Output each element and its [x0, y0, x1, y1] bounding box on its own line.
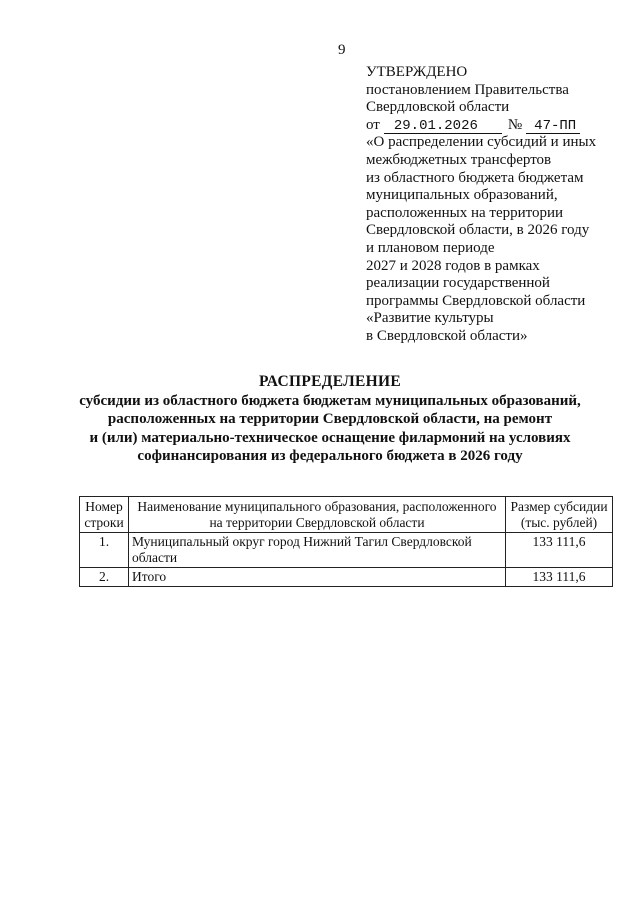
approval-line: «Развитие культуры [366, 310, 626, 328]
approval-stamp: УТВЕРЖДЕНО постановлением Правительства … [366, 64, 626, 346]
approval-line: 2027 и 2028 годов в рамках [366, 258, 626, 276]
header-amount: Размер субсидии (тыс. рублей) [506, 497, 613, 533]
approval-line: программы Свердловской области [366, 293, 626, 311]
header-row-number: Номер строки [80, 497, 129, 533]
cell-row-number: 1. [80, 533, 129, 568]
approval-line: в Свердловской области» [366, 328, 626, 346]
approval-line: расположенных на территории [366, 205, 626, 223]
cell-municipality: Муниципальный округ город Нижний Тагил С… [129, 533, 506, 568]
approval-title: УТВЕРЖДЕНО [366, 64, 626, 82]
decree-reference: от 29.01.2026 № 47-ПП [366, 117, 626, 135]
approval-line: Свердловской области, в 2026 году [366, 222, 626, 240]
subsidy-table: Номер строки Наименование муниципального… [79, 496, 613, 587]
date-prefix: от [366, 117, 380, 135]
cell-amount: 133 111,6 [506, 568, 613, 587]
table-row-total: 2. Итого 133 111,6 [80, 568, 613, 587]
title-line: и (или) материально-техническое оснащени… [60, 429, 600, 448]
cell-municipality: Итого [129, 568, 506, 587]
cell-amount: 133 111,6 [506, 533, 613, 568]
table-header-row: Номер строки Наименование муниципального… [80, 497, 613, 533]
approval-line: муниципальных образований, [366, 187, 626, 205]
table-row: 1. Муниципальный округ город Нижний Таги… [80, 533, 613, 568]
header-municipality: Наименование муниципального образования,… [129, 497, 506, 533]
approval-line: постановлением Правительства [366, 82, 626, 100]
title-line: субсидии из областного бюджета бюджетам … [60, 392, 600, 411]
decree-number: 47-ПП [526, 119, 580, 134]
title-line: софинансирования из федерального бюджета… [60, 447, 600, 466]
approval-line: из областного бюджета бюджетам [366, 170, 626, 188]
approval-line: «О распределении субсидий и иных [366, 134, 626, 152]
approval-line: Свердловской области [366, 99, 626, 117]
approval-line: и плановом периоде [366, 240, 626, 258]
decree-date: 29.01.2026 [384, 119, 502, 134]
title-heading: РАСПРЕДЕЛЕНИЕ [60, 373, 600, 392]
title-line: расположенных на территории Свердловской… [60, 410, 600, 429]
number-sign: № [508, 117, 522, 135]
approval-line: реализации государственной [366, 275, 626, 293]
page-number: 9 [338, 42, 346, 59]
cell-row-number: 2. [80, 568, 129, 587]
document-title: РАСПРЕДЕЛЕНИЕ субсидии из областного бюд… [60, 373, 600, 466]
approval-line: межбюджетных трансфертов [366, 152, 626, 170]
